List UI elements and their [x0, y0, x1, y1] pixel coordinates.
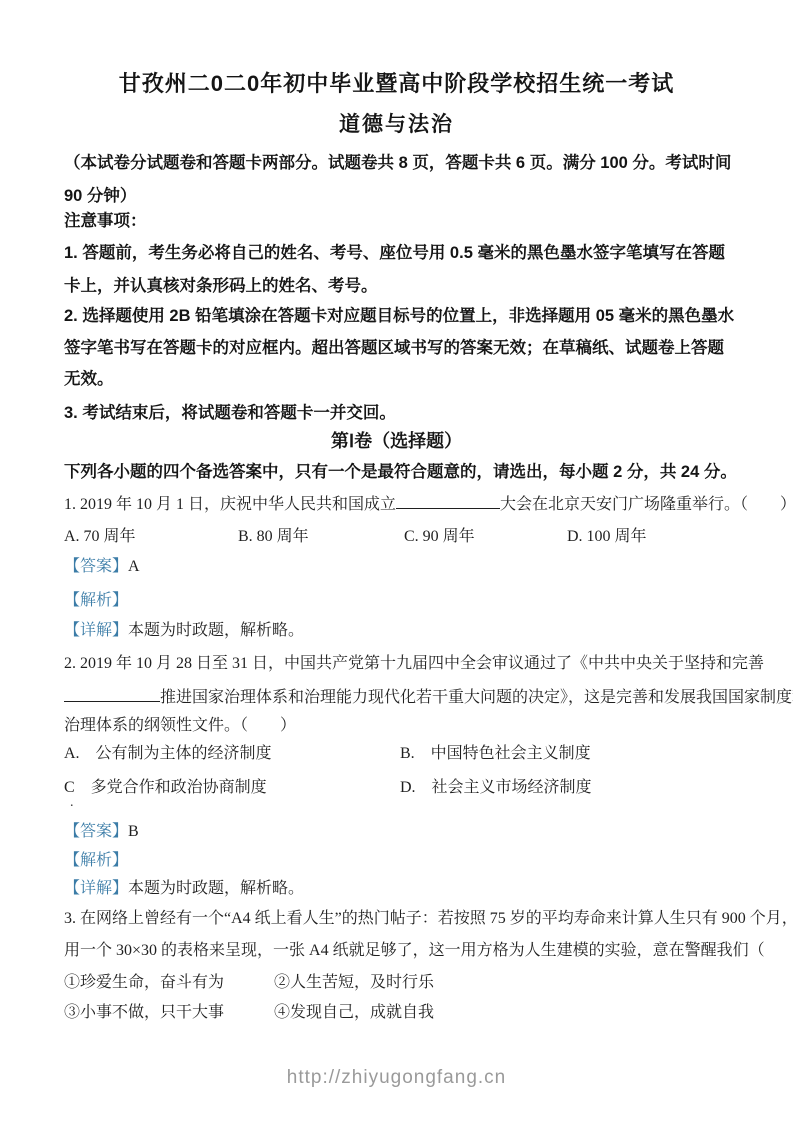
- notice-item-1-line2: 卡上，并认真核对条形码上的姓名、考号。: [64, 276, 731, 297]
- option-item: C 多党合作和政治协商制度: [64, 778, 267, 798]
- option-item: B. 80 周年: [238, 527, 309, 547]
- paper-info-line2: 90 分钟）: [64, 186, 731, 207]
- question-1-analysis-row: 【解析】: [64, 591, 731, 611]
- answer-value: B: [128, 823, 139, 840]
- question-2-analysis-row: 【解析】: [64, 851, 731, 871]
- question-3-options-row1: ①珍爱生命，奋斗有为 ②人生苦短，及时行乐: [64, 973, 731, 993]
- option-item: ②人生苦短，及时行乐: [274, 973, 434, 993]
- question-2-stem-line1: 2. 2019 年 10 月 28 日至 31 日，中国共产党第十九届四中全会审…: [64, 654, 731, 674]
- answer-value: A: [128, 558, 140, 575]
- option-item: ③小事不做，只干大事: [64, 1003, 224, 1023]
- answer-label: 【答案】: [64, 823, 128, 840]
- subject-title: 道德与法治: [0, 112, 793, 138]
- question-2-options-row2: C 多党合作和政治协商制度 D. 社会主义市场经济制度: [64, 778, 731, 798]
- option-item: ①珍爱生命，奋斗有为: [64, 973, 224, 993]
- notice-item-1-line1: 1. 答题前，考生务必将自己的姓名、考号、座位号用 0.5 毫米的黑色墨水签字笔…: [64, 243, 731, 264]
- page-title: 甘孜州二0二0年初中毕业暨高中阶段学校招生统一考试: [0, 70, 793, 98]
- option-item: ④发现自己，成就自我: [274, 1003, 434, 1023]
- analysis-label: 【解析】: [64, 852, 128, 869]
- question-1-answer-row: 【答案】A: [64, 557, 731, 577]
- exam-paper-page: 甘孜州二0二0年初中毕业暨高中阶段学校招生统一考试 道德与法治 （本试卷分试题卷…: [0, 0, 793, 1122]
- question-2-options-row1: A. 公有制为主体的经济制度 B. 中国特色社会主义制度: [64, 744, 731, 764]
- question-2-answer-row: 【答案】B: [64, 822, 731, 842]
- question-1-options: A. 70 周年 B. 80 周年 C. 90 周年 D. 100 周年: [64, 527, 731, 547]
- question-2-detail-row: 【详解】本题为时政题，解析略。: [64, 879, 731, 899]
- stray-period-mark: .: [70, 794, 90, 812]
- notice-item-2-line2: 签字笔书写在答题卡的对应框内。超出答题区域书写的答案无效；在草稿纸、试题卷上答题: [64, 338, 731, 359]
- option-item: A. 70 周年: [64, 527, 136, 547]
- option-item: D. 100 周年: [567, 527, 647, 547]
- notice-item-2-line3: 无效。: [64, 369, 731, 390]
- question-1-stem: 1. 2019 年 10 月 1 日，庆祝中华人民共和国成立大会在北京天安门广场…: [64, 494, 731, 515]
- section-instruction: 下列各小题的四个备选答案中，只有一个是最符合题意的，请选出，每小题 2 分，共 …: [64, 462, 731, 483]
- question-3-stem-line2: 用一个 30×30 的表格来呈现，一张 A4 纸就足够了，这一用方格为人生建模的…: [64, 941, 731, 961]
- option-item: B. 中国特色社会主义制度: [400, 744, 591, 764]
- detail-text: 本题为时政题，解析略。: [128, 880, 304, 897]
- question-1-blank: [396, 494, 500, 509]
- option-item: D. 社会主义市场经济制度: [400, 778, 592, 798]
- watermark-url: http://zhiyugongfang.cn: [0, 1066, 793, 1090]
- answer-label: 【答案】: [64, 558, 128, 575]
- notice-item-2-line1: 2. 选择题使用 2B 铅笔填涂在答题卡对应题目标号的位置上，非选择题用 05 …: [64, 306, 731, 327]
- detail-label: 【详解】: [64, 622, 128, 639]
- question-3-stem-line1: 3. 在网络上曾经有一个“A4 纸上看人生”的热门帖子：若按照 75 岁的平均寿…: [64, 909, 731, 929]
- question-1-stem-pre: 1. 2019 年 10 月 1 日，庆祝中华人民共和国成立: [64, 496, 396, 513]
- question-2-blank: [64, 687, 160, 702]
- detail-label: 【详解】: [64, 880, 128, 897]
- question-2-stem-line3: 治理体系的纲领性文件。（ ）: [64, 716, 731, 736]
- paper-info-line1: （本试卷分试题卷和答题卡两部分。试题卷共 8 页，答题卡共 6 页。满分 100…: [64, 153, 731, 174]
- option-item: C. 90 周年: [404, 527, 475, 547]
- question-2-stem-line2: 推进国家治理体系和治理能力现代化若干重大问题的决定》，这是完善和发展我国国家制度…: [64, 687, 731, 708]
- question-1-detail-row: 【详解】本题为时政题，解析略。: [64, 621, 731, 641]
- question-3-options-row2: ③小事不做，只干大事 ④发现自己，成就自我: [64, 1003, 731, 1023]
- option-item: A. 公有制为主体的经济制度: [64, 744, 272, 764]
- notice-heading: 注意事项：: [64, 211, 731, 232]
- analysis-label: 【解析】: [64, 592, 128, 609]
- question-1-stem-post: 大会在北京天安门广场隆重举行。（ ）: [500, 496, 793, 513]
- detail-text: 本题为时政题，解析略。: [128, 622, 304, 639]
- question-2-stem-line2-post: 推进国家治理体系和治理能力现代化若干重大问题的决定》，这是完善和发展我国国家制度…: [160, 689, 793, 706]
- section-heading: 第Ⅰ卷（选择题）: [0, 430, 793, 453]
- notice-item-3: 3. 考试结束后，将试题卷和答题卡一并交回。: [64, 403, 731, 424]
